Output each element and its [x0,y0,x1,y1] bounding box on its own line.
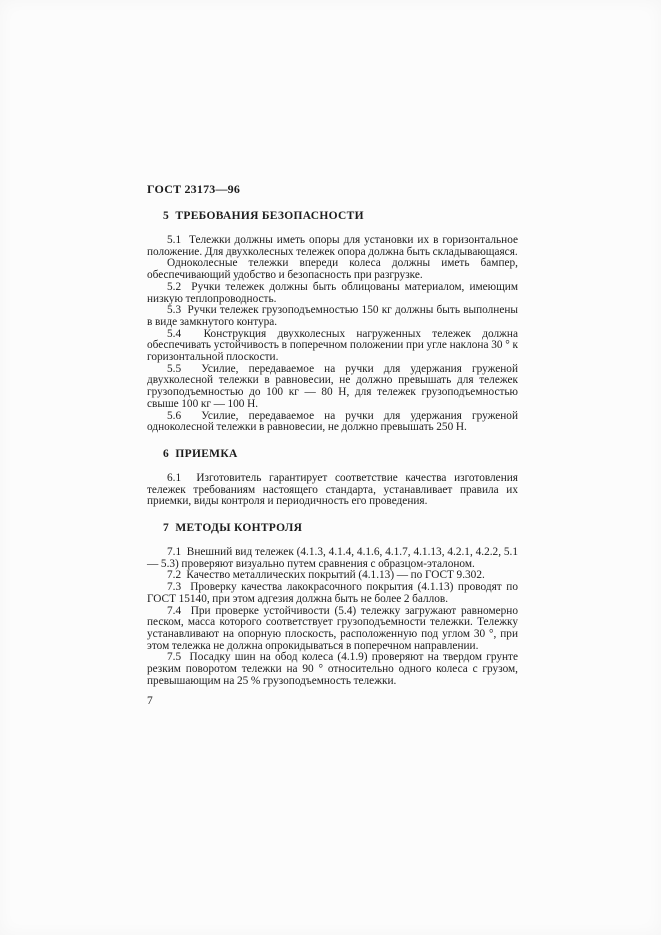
section-heading-safety-requirements: 5 ТРЕБОВАНИЯ БЕЗОПАСНОСТИ [147,210,518,222]
scanned-document-page: ГОСТ 23173—96 5 ТРЕБОВАНИЯ БЕЗОПАСНОСТИ … [0,0,661,935]
paragraph-5-6: 5.6 Усилие, передаваемое на ручки для уд… [147,411,518,434]
paragraph-7-4: 7.4 При проверке устойчивости (5.4) теле… [147,606,518,653]
paragraph-7-5: 7.5 Посадку шин на обод колеса (4.1.9) п… [147,652,518,687]
section-heading-acceptance: 6 ПРИЕМКА [147,448,518,460]
paragraph-5-1: 5.1 Тележки должны иметь опоры для устан… [147,235,518,258]
document-content: ГОСТ 23173—96 5 ТРЕБОВАНИЯ БЕЗОПАСНОСТИ … [147,182,518,707]
paragraph-5-3: 5.3 Ручки тележек грузоподъемностью 150 … [147,305,518,328]
page-number: 7 [147,695,518,707]
paragraph-5-1-continued: Одноколесные тележки впереди колеса долж… [147,258,518,281]
paragraph-6-1: 6.1 Изготовитель гарантирует соответстви… [147,473,518,508]
document-standard-number: ГОСТ 23173—96 [147,182,518,196]
paragraph-7-3: 7.3 Проверку качества лакокрасочного пок… [147,582,518,605]
paragraph-5-5: 5.5 Усилие, передаваемое на ручки для уд… [147,364,518,411]
paragraph-7-1: 7.1 Внешний вид тележек (4.1.3, 4.1.4, 4… [147,547,518,570]
paragraph-5-4: 5.4 Конструкция двухколесных нагруженных… [147,329,518,364]
section-heading-control-methods: 7 МЕТОДЫ КОНТРОЛЯ [147,522,518,534]
paragraph-5-2: 5.2 Ручки тележек должны быть облицованы… [147,282,518,305]
